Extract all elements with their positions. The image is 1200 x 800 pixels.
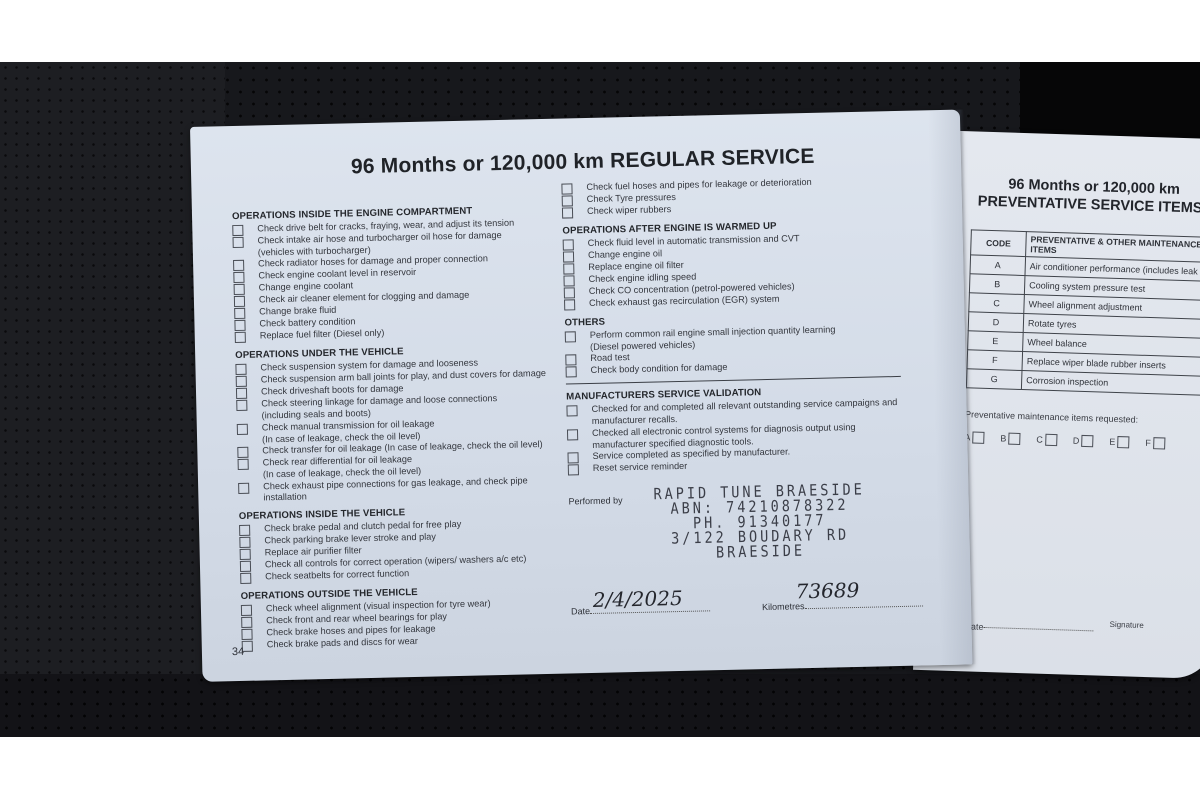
km-value: 73689 (795, 578, 859, 603)
checkbox[interactable] (237, 447, 248, 458)
requested-option: E (1109, 436, 1129, 449)
requested-option: D (1073, 435, 1094, 448)
checklist-item-text: Check body condition for damage (591, 362, 728, 377)
checklist-left-column: OPERATIONS INSIDE THE ENGINE COMPARTMENT… (232, 197, 572, 653)
checkbox[interactable] (233, 260, 244, 271)
checkbox[interactable] (239, 525, 250, 536)
checkbox[interactable] (232, 225, 243, 236)
checkbox[interactable] (234, 308, 245, 319)
checkbox[interactable] (237, 424, 248, 435)
checkbox[interactable] (567, 452, 578, 463)
checkbox[interactable] (241, 629, 252, 640)
preventative-items-table: CODEPREVENTATIVE & OTHER MAINTENANCE ITE… (966, 229, 1200, 396)
date-label: Date (571, 606, 590, 616)
section-divider (566, 376, 901, 385)
checklist-item-text: Check wiper rubbers (587, 204, 672, 217)
seat-fabric-bottom (0, 674, 1200, 737)
checkbox[interactable] (972, 431, 984, 443)
checkbox[interactable] (239, 537, 250, 548)
checkbox[interactable] (564, 299, 575, 310)
checklist-item-text: Change brake fluid (259, 305, 336, 318)
checklist-item-text: Check brake pads and discs for wear (267, 636, 418, 651)
checkbox[interactable] (233, 237, 244, 248)
left-page: 96 Months or 120,000 km REGULAR SERVICE … (190, 110, 972, 682)
checkbox[interactable] (562, 207, 573, 218)
checkbox[interactable] (562, 195, 573, 206)
code-cell: A (970, 255, 1026, 276)
code-cell: B (969, 274, 1025, 295)
requested-option-label: B (1000, 433, 1006, 443)
checkbox[interactable] (240, 573, 251, 584)
checkbox[interactable] (564, 287, 575, 298)
page-title: 96 Months or 120,000 km REGULAR SERVICE (351, 145, 815, 180)
checkbox[interactable] (240, 561, 251, 572)
checkbox[interactable] (238, 459, 249, 470)
requested-items-label: Preventative maintenance items requested… (965, 409, 1138, 424)
checkbox[interactable] (1081, 435, 1093, 447)
code-cell: F (967, 350, 1023, 371)
code-cell: G (966, 369, 1022, 390)
requested-items-checkboxes: ABCDEF (964, 431, 1165, 449)
checkbox[interactable] (234, 284, 245, 295)
requested-option-label: D (1073, 436, 1080, 446)
checkbox[interactable] (568, 464, 579, 475)
checkbox[interactable] (567, 429, 578, 440)
code-cell: C (969, 293, 1025, 314)
code-cell: D (968, 312, 1024, 333)
checkbox[interactable] (240, 549, 251, 560)
code-cell: E (968, 331, 1024, 352)
checkbox[interactable] (236, 376, 247, 387)
checkbox[interactable] (563, 275, 574, 286)
dealer-stamp: RAPID TUNE BRAESIDEABN: 74210878322PH. 9… (653, 483, 866, 563)
checkbox[interactable] (1045, 434, 1057, 446)
checklist-item-text: Check seatbelts for correct function (265, 569, 409, 584)
checkbox[interactable] (236, 400, 247, 411)
checklist-item-text: Change engine oil (588, 248, 662, 261)
km-line (805, 605, 923, 610)
checklist-item-text: Road test (590, 352, 630, 364)
checkbox[interactable] (563, 251, 574, 262)
signature-label: Signature (1109, 620, 1144, 630)
checkbox[interactable] (563, 239, 574, 250)
right-date-field: Date (964, 621, 1093, 635)
date-value: 2/4/2025 (593, 586, 683, 612)
checkbox[interactable] (241, 605, 252, 616)
checklist-item-text: Reset service reminder (593, 461, 688, 475)
performed-by-label: Performed by (568, 495, 622, 506)
code-header: CODE (971, 230, 1027, 257)
checkbox[interactable] (235, 332, 246, 343)
checkbox[interactable] (234, 320, 245, 331)
checkbox[interactable] (563, 263, 574, 274)
checkbox[interactable] (1117, 436, 1129, 448)
checkbox[interactable] (234, 296, 245, 307)
checklist-item-text: Replace fuel filter (Diesel only) (260, 328, 385, 342)
checkbox[interactable] (233, 272, 244, 283)
checkbox[interactable] (241, 617, 252, 628)
requested-option-label: C (1036, 434, 1043, 444)
checkbox[interactable] (1153, 437, 1165, 449)
page-number: 34 (232, 646, 245, 658)
checklist-right-column: Check fuel hoses and pipes for leakage o… (561, 175, 908, 476)
checkbox[interactable] (566, 406, 577, 417)
checkbox[interactable] (235, 364, 246, 375)
requested-option-label: F (1145, 438, 1151, 448)
checkbox[interactable] (565, 355, 576, 366)
checkbox[interactable] (238, 482, 249, 493)
requested-option-label: E (1109, 437, 1115, 447)
requested-option: C (1036, 433, 1057, 446)
checkbox[interactable] (566, 367, 577, 378)
requested-option: F (1145, 437, 1165, 450)
signature-field: Signature (1109, 620, 1144, 630)
item-cell: Corrosion inspection (1021, 371, 1200, 396)
checkbox[interactable] (236, 388, 247, 399)
checkbox[interactable] (565, 331, 576, 342)
checkbox[interactable] (561, 183, 572, 194)
requested-option: B (1000, 432, 1020, 445)
checkbox[interactable] (1008, 433, 1020, 445)
